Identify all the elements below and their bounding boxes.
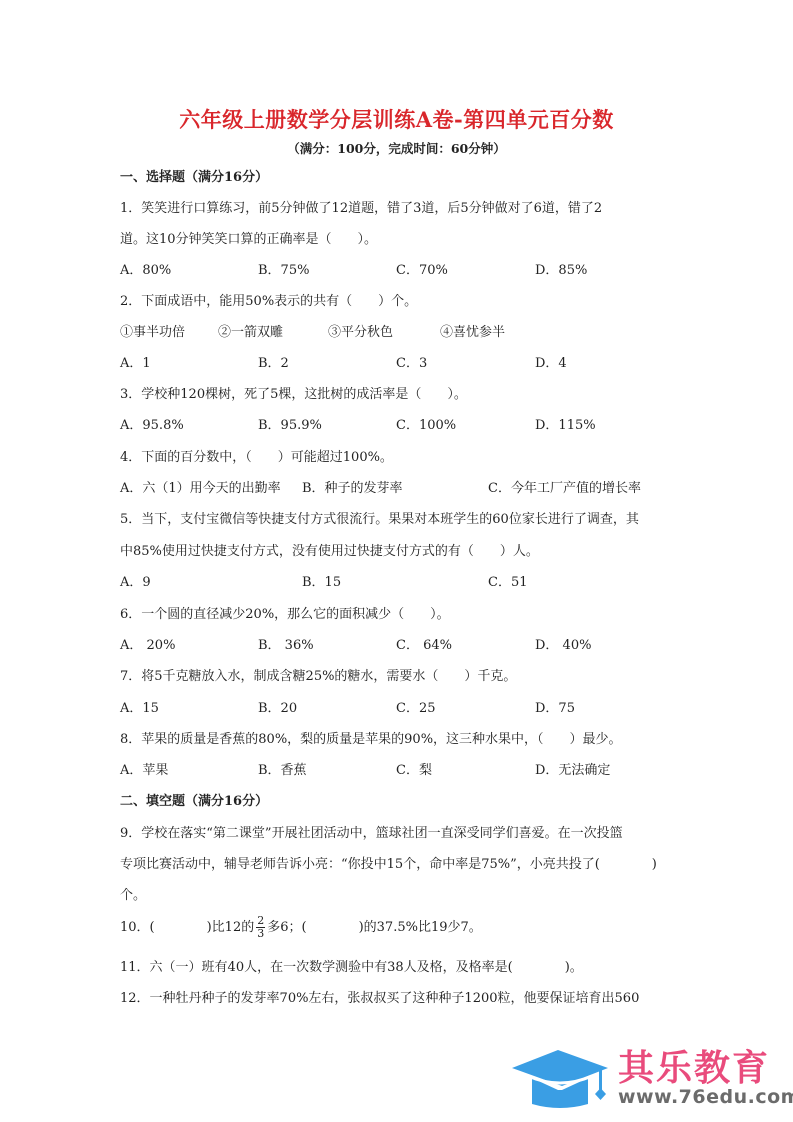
page-title: 六年级上册数学分层训练A卷-第四单元百分数 bbox=[0, 104, 793, 134]
logo-url: www.76edu.com bbox=[618, 1086, 793, 1108]
question-1-option-c: C．70% bbox=[396, 259, 448, 278]
question-4-option-b: B．种子的发芽率 bbox=[302, 477, 403, 496]
question-2-idiom-4: ④喜忧参半 bbox=[440, 321, 505, 340]
question-4-option-c: C．今年工厂产值的增长率 bbox=[488, 477, 641, 496]
question-1-option-a: A．80% bbox=[120, 259, 171, 278]
question-9-line-1: 9．学校在落实“第二课堂”开展社团活动中，篮球社团一直深受同学们喜爱。在一次投篮 bbox=[120, 822, 623, 841]
question-6-option-a: A． 20% bbox=[120, 634, 175, 653]
question-5-option-c: C．51 bbox=[488, 571, 528, 590]
question-7-option-c: C．25 bbox=[396, 697, 436, 716]
question-3-line-1: 3．学校种120棵树，死了5棵，这批树的成活率是（ ）。 bbox=[120, 383, 467, 402]
question-2-idiom-2: ②一箭双雕 bbox=[218, 321, 283, 340]
question-3-option-b: B．95.9% bbox=[258, 414, 322, 433]
question-8-option-a: A．苹果 bbox=[120, 759, 168, 778]
question-5-line-2: 中85%使用过快捷支付方式，没有使用过快捷支付方式的有（ ）人。 bbox=[120, 540, 539, 559]
question-2-idiom-3: ③平分秋色 bbox=[328, 321, 393, 340]
question-2-line-1: 2．下面成语中，能用50%表示的共有（ ）个。 bbox=[120, 290, 417, 309]
question-3-option-c: C．100% bbox=[396, 414, 456, 433]
question-10: 10．( )比12的23多6；( )的37.5%比19少7。 bbox=[120, 915, 482, 940]
question-5-option-b: B．15 bbox=[302, 571, 341, 590]
question-2-idiom-1: ①事半功倍 bbox=[120, 321, 185, 340]
fraction-two-thirds: 23 bbox=[256, 915, 265, 940]
question-8-option-b: B．香蕉 bbox=[258, 759, 307, 778]
question-5-option-a: A．9 bbox=[120, 571, 151, 590]
question-2-option-b: B．2 bbox=[258, 352, 289, 371]
section-heading-fill-blank: 二、填空题（满分16分） bbox=[120, 790, 268, 809]
question-6-option-d: D． 40% bbox=[535, 634, 591, 653]
question-4-option-a: A．六（1）用今天的出勤率 bbox=[120, 477, 281, 496]
graduation-cap-icon bbox=[510, 1046, 610, 1110]
question-9-line-3: 个。 bbox=[120, 884, 146, 903]
logo-brand-name: 其乐教育 bbox=[618, 1040, 770, 1091]
question-1-line-2: 道。这10分钟笑笑口算的正确率是（ ）。 bbox=[120, 228, 377, 247]
fraction-denominator: 3 bbox=[256, 928, 265, 940]
question-8-option-c: C．梨 bbox=[396, 759, 432, 778]
question-2-option-a: A．1 bbox=[120, 352, 151, 371]
question-10-part-2: 多6；( )的37.5%比19少7。 bbox=[267, 920, 482, 935]
question-6-line-1: 6．一个圆的直径减少20%，那么它的面积减少（ ）。 bbox=[120, 603, 450, 622]
question-7-option-d: D．75 bbox=[535, 697, 575, 716]
watermark-logo: 其乐教育 www.76edu.com bbox=[510, 1040, 785, 1110]
question-6-option-c: C． 64% bbox=[396, 634, 452, 653]
question-8-option-d: D．无法确定 bbox=[535, 759, 610, 778]
question-3-option-a: A．95.8% bbox=[120, 414, 184, 433]
question-5-line-1: 5．当下，支付宝微信等快捷支付方式很流行。果果对本班学生的60位家长进行了调查，… bbox=[120, 508, 639, 527]
question-2-option-d: D．4 bbox=[535, 352, 567, 371]
question-4-line-1: 4．下面的百分数中，（ ）可能超过100%。 bbox=[120, 446, 393, 465]
question-1-option-d: D．85% bbox=[535, 259, 587, 278]
page-subtitle: （满分：100分，完成时间：60分钟） bbox=[0, 139, 793, 157]
question-12-line-1: 12．一种牡丹种子的发芽率70%左右，张叔叔买了这种种子1200粒，他要保证培育… bbox=[120, 987, 639, 1006]
question-7-option-b: B．20 bbox=[258, 697, 297, 716]
question-8-line-1: 8．苹果的质量是香蕉的80%，梨的质量是苹果的90%，这三种水果中，（ ）最少。 bbox=[120, 728, 622, 747]
question-10-part-1: 10．( )比12的 bbox=[120, 920, 254, 935]
question-6-option-b: B． 36% bbox=[258, 634, 314, 653]
question-7-line-1: 7．将5千克糖放入水，制成含糖25%的糖水，需要水（ ）千克。 bbox=[120, 665, 516, 684]
question-1-option-b: B．75% bbox=[258, 259, 309, 278]
question-9-line-2: 专项比赛活动中，辅导老师告诉小亮：“你投中15个，命中率是75%”，小亮共投了(… bbox=[120, 853, 657, 872]
question-3-option-d: D．115% bbox=[535, 414, 596, 433]
question-11-line-1: 11．六（一）班有40人，在一次数学测验中有38人及格，及格率是( )。 bbox=[120, 956, 583, 975]
question-7-option-a: A．15 bbox=[120, 697, 159, 716]
section-heading-choice: 一、选择题（满分16分） bbox=[120, 166, 268, 185]
question-2-option-c: C．3 bbox=[396, 352, 427, 371]
question-1-line-1: 1．笑笑进行口算练习，前5分钟做了12道题，错了3道，后5分钟做对了6道，错了2 bbox=[120, 197, 602, 216]
